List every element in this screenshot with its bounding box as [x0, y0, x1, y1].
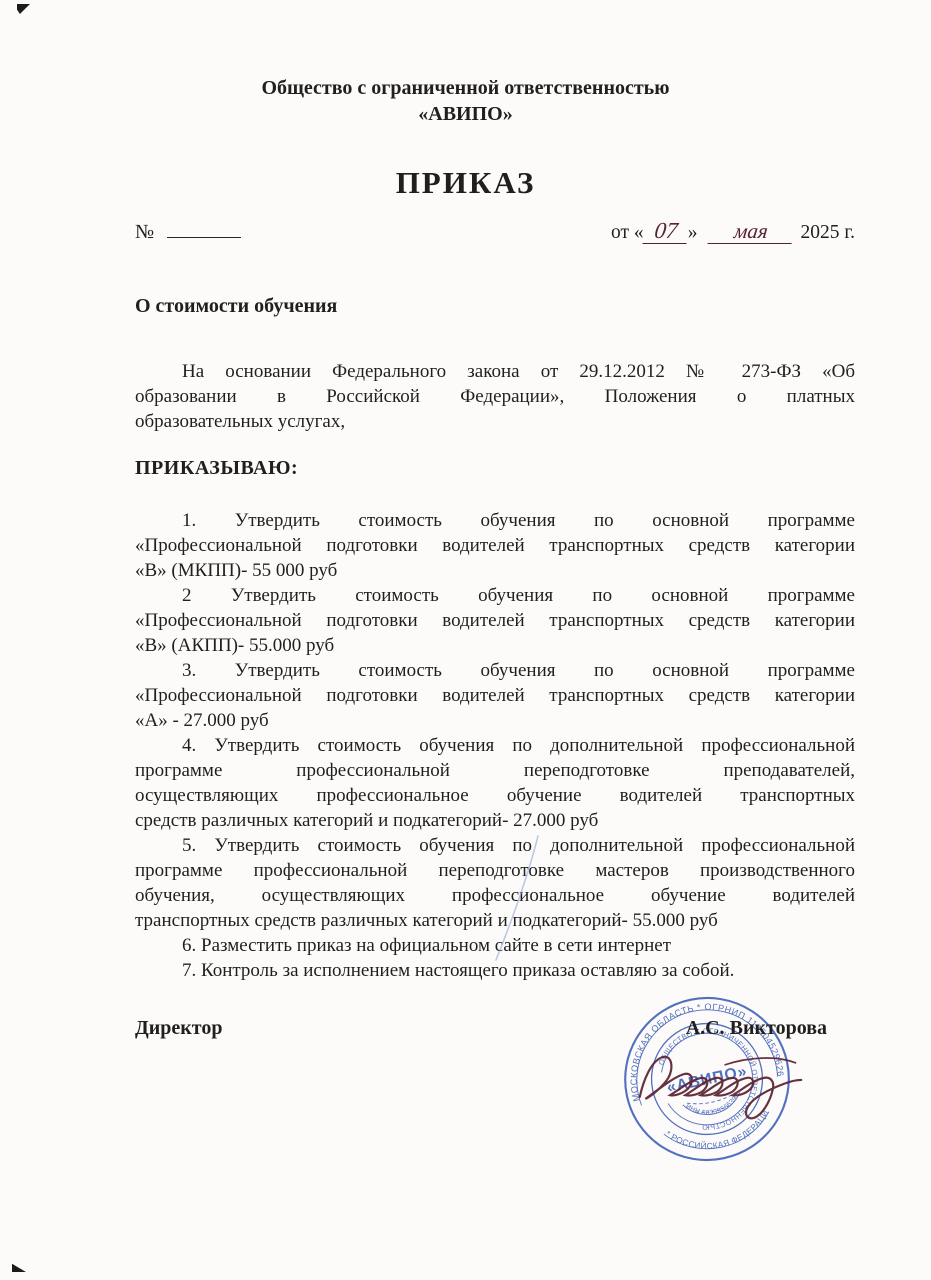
order-number: №	[135, 217, 241, 244]
order-item-1: 1. Утвердить стоимость обучения по основ…	[135, 508, 855, 583]
item-line: осуществляющих профессиональное обучение…	[135, 783, 855, 808]
item-line: 1. Утвердить стоимость обучения по основ…	[135, 508, 855, 533]
org-name-line2: «АВИПО»	[0, 101, 931, 127]
scan-corner-mark-bottom-left	[12, 1262, 26, 1272]
handwritten-month: мая	[708, 219, 795, 244]
order-item-4: 4. Утвердить стоимость обучения по допол…	[135, 733, 855, 833]
item-line: «Профессиональной подготовки водителей т…	[135, 683, 855, 708]
preamble-line: На основании Федерального закона от 29.1…	[135, 359, 855, 384]
date-close-quote: »	[688, 222, 698, 244]
item-line: 3. Утвердить стоимость обучения по основ…	[135, 658, 855, 683]
order-item-3: 3. Утвердить стоимость обучения по основ…	[135, 658, 855, 733]
item-line: «Профессиональной подготовки водителей т…	[135, 608, 855, 633]
number-blank-line	[167, 217, 241, 238]
number-label: №	[135, 221, 154, 243]
number-date-row: № от « 07 » мая 2025 г.	[135, 217, 855, 251]
director-signature	[634, 1036, 824, 1122]
date-prefix: от «	[611, 222, 644, 244]
item-line: 4. Утвердить стоимость обучения по допол…	[135, 733, 855, 758]
handwritten-day: 07	[642, 219, 689, 244]
document-title: ПРИКАЗ	[0, 164, 931, 202]
order-keyword: ПРИКАЗЫВАЮ:	[135, 455, 855, 482]
order-item-2: 2 Утвердить стоимость обучения по основн…	[135, 583, 855, 658]
stray-pen-stroke	[488, 830, 544, 966]
preamble-paragraph: На основании Федерального закона от 29.1…	[135, 359, 855, 434]
order-date: от « 07 » мая 2025 г.	[611, 219, 855, 244]
scanned-order-document: Общество с ограниченной ответственностью…	[0, 0, 931, 1280]
preamble-line: образовании в Российской Федерации», Пол…	[135, 384, 855, 409]
org-header: Общество с ограниченной ответственностью…	[0, 0, 931, 127]
item-line: «Профессиональной подготовки водителей т…	[135, 533, 855, 558]
org-name-line1: Общество с ограниченной ответственностью	[0, 75, 931, 101]
item-line: программе профессиональной переподготовк…	[135, 758, 855, 783]
item-line: «В» (АКПП)- 55.000 руб	[135, 633, 855, 658]
signatory-role: Директор	[135, 1017, 223, 1040]
item-line: «А» - 27.000 руб	[135, 708, 855, 733]
subject-heading: О стоимости обучения	[135, 293, 855, 319]
item-line: «В» (МКПП)- 55 000 руб	[135, 558, 855, 583]
date-year: 2025 г.	[800, 222, 855, 244]
preamble-line: образовательных услугах,	[135, 409, 855, 434]
item-line: 2 Утвердить стоимость обучения по основн…	[135, 583, 855, 608]
